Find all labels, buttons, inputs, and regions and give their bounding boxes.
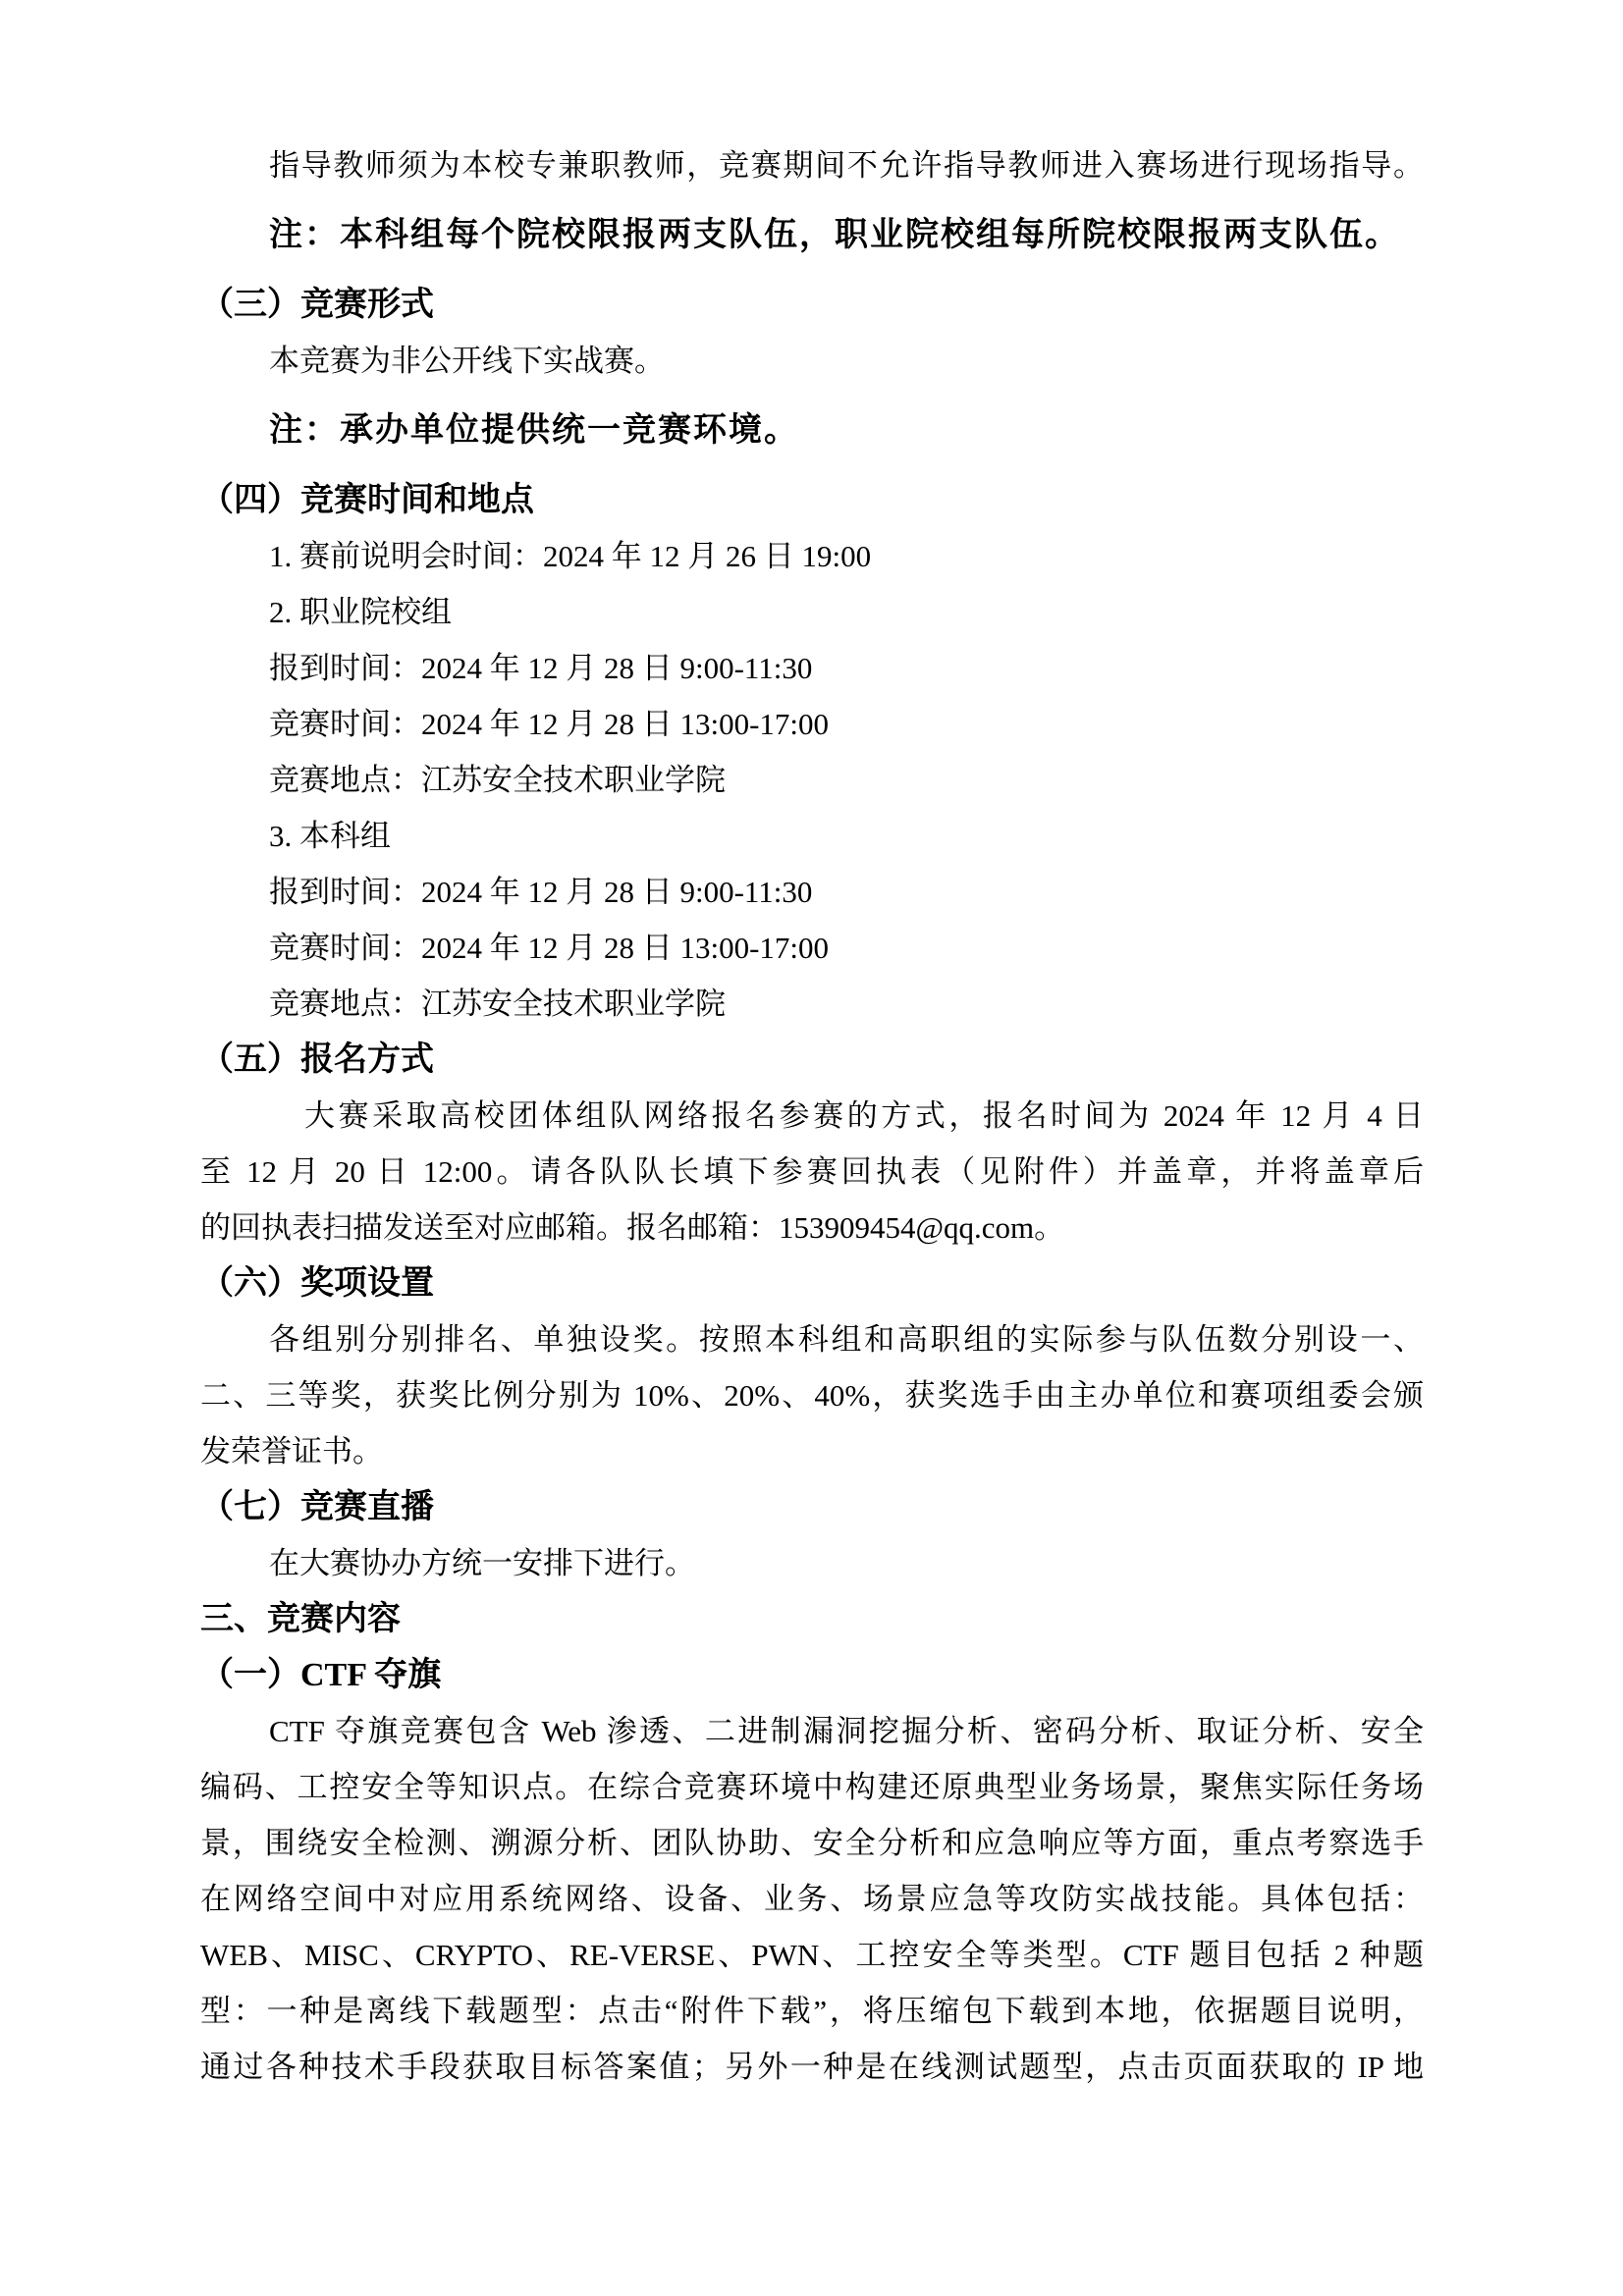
section-heading: （一）CTF 夺旗 <box>200 1647 1424 1703</box>
section-heading: （五）报名方式 <box>200 1032 1424 1088</box>
doc-line: 景，围绕安全检测、溯源分析、团队协助、安全分析和应急响应等方面，重点考察选手 <box>200 1815 1424 1871</box>
doc-line: 大赛采取高校团体组队网络报名参赛的方式，报名时间为 2024 年 12 月 4 … <box>200 1088 1424 1144</box>
note-line: 注：承办单位提供统一竞赛环境。 <box>200 402 1424 458</box>
list-item-line: 竞赛地点：江苏安全技术职业学院 <box>200 976 1424 1032</box>
section-heading: （三）竞赛形式 <box>200 277 1424 333</box>
doc-line: 指导教师须为本校专兼职教师，竞赛期间不允许指导教师进入赛场进行现场指导。 <box>200 137 1424 193</box>
list-item-line: 竞赛地点：江苏安全技术职业学院 <box>200 752 1424 808</box>
section-heading: （七）竞赛直播 <box>200 1479 1424 1535</box>
list-item-line: 报到时间：2024 年 12 月 28 日 9:00-11:30 <box>200 864 1424 920</box>
document-content: 指导教师须为本校专兼职教师，竞赛期间不允许指导教师进入赛场进行现场指导。注：本科… <box>200 137 1424 2095</box>
doc-line: WEB、MISC、CRYPTO、RE-VERSE、PWN、工控安全等类型。CTF… <box>200 1927 1424 1983</box>
doc-line: 本竞赛为非公开线下实战赛。 <box>200 333 1424 389</box>
section-heading: （六）奖项设置 <box>200 1255 1424 1311</box>
doc-line: 通过各种技术手段获取目标答案值；另外一种是在线测试题型，点击页面获取的 IP 地 <box>200 2039 1424 2095</box>
list-item-line: 3. 本科组 <box>200 808 1424 864</box>
doc-line: 型：一种是离线下载题型：点击“附件下载”，将压缩包下载到本地，依据题目说明， <box>200 1983 1424 2039</box>
list-item-line: 2. 职业院校组 <box>200 584 1424 640</box>
doc-line: 在大赛协办方统一安排下进行。 <box>200 1535 1424 1591</box>
document-page: 指导教师须为本校专兼职教师，竞赛期间不允许指导教师进入赛场进行现场指导。注：本科… <box>0 0 1623 2296</box>
doc-line: 的回执表扫描发送至对应邮箱。报名邮箱：153909454@qq.com。 <box>200 1200 1424 1255</box>
doc-line: 发荣誉证书。 <box>200 1423 1424 1479</box>
list-item-line: 竞赛时间：2024 年 12 月 28 日 13:00-17:00 <box>200 920 1424 976</box>
doc-line: CTF 夺旗竞赛包含 Web 渗透、二进制漏洞挖掘分析、密码分析、取证分析、安全 <box>200 1703 1424 1759</box>
list-item-line: 竞赛时间：2024 年 12 月 28 日 13:00-17:00 <box>200 696 1424 752</box>
doc-line: 二、三等奖，获奖比例分别为 10%、20%、40%，获奖选手由主办单位和赛项组委… <box>200 1367 1424 1423</box>
doc-line: 各组别分别排名、单独设奖。按照本科组和高职组的实际参与队伍数分别设一、 <box>200 1311 1424 1367</box>
doc-line: 至 12 月 20 日 12:00。请各队队长填下参赛回执表（见附件）并盖章，并… <box>200 1144 1424 1200</box>
section-heading: （四）竞赛时间和地点 <box>200 472 1424 528</box>
list-item-line: 1. 赛前说明会时间：2024 年 12 月 26 日 19:00 <box>200 528 1424 584</box>
note-line: 注：本科组每个院校限报两支队伍，职业院校组每所院校限报两支队伍。 <box>200 207 1424 263</box>
section-heading: 三、竞赛内容 <box>200 1591 1424 1647</box>
list-item-line: 报到时间：2024 年 12 月 28 日 9:00-11:30 <box>200 640 1424 696</box>
doc-line: 编码、工控安全等知识点。在综合竞赛环境中构建还原典型业务场景，聚焦实际任务场 <box>200 1759 1424 1815</box>
doc-line: 在网络空间中对应用系统网络、设备、业务、场景应急等攻防实战技能。具体包括： <box>200 1871 1424 1927</box>
